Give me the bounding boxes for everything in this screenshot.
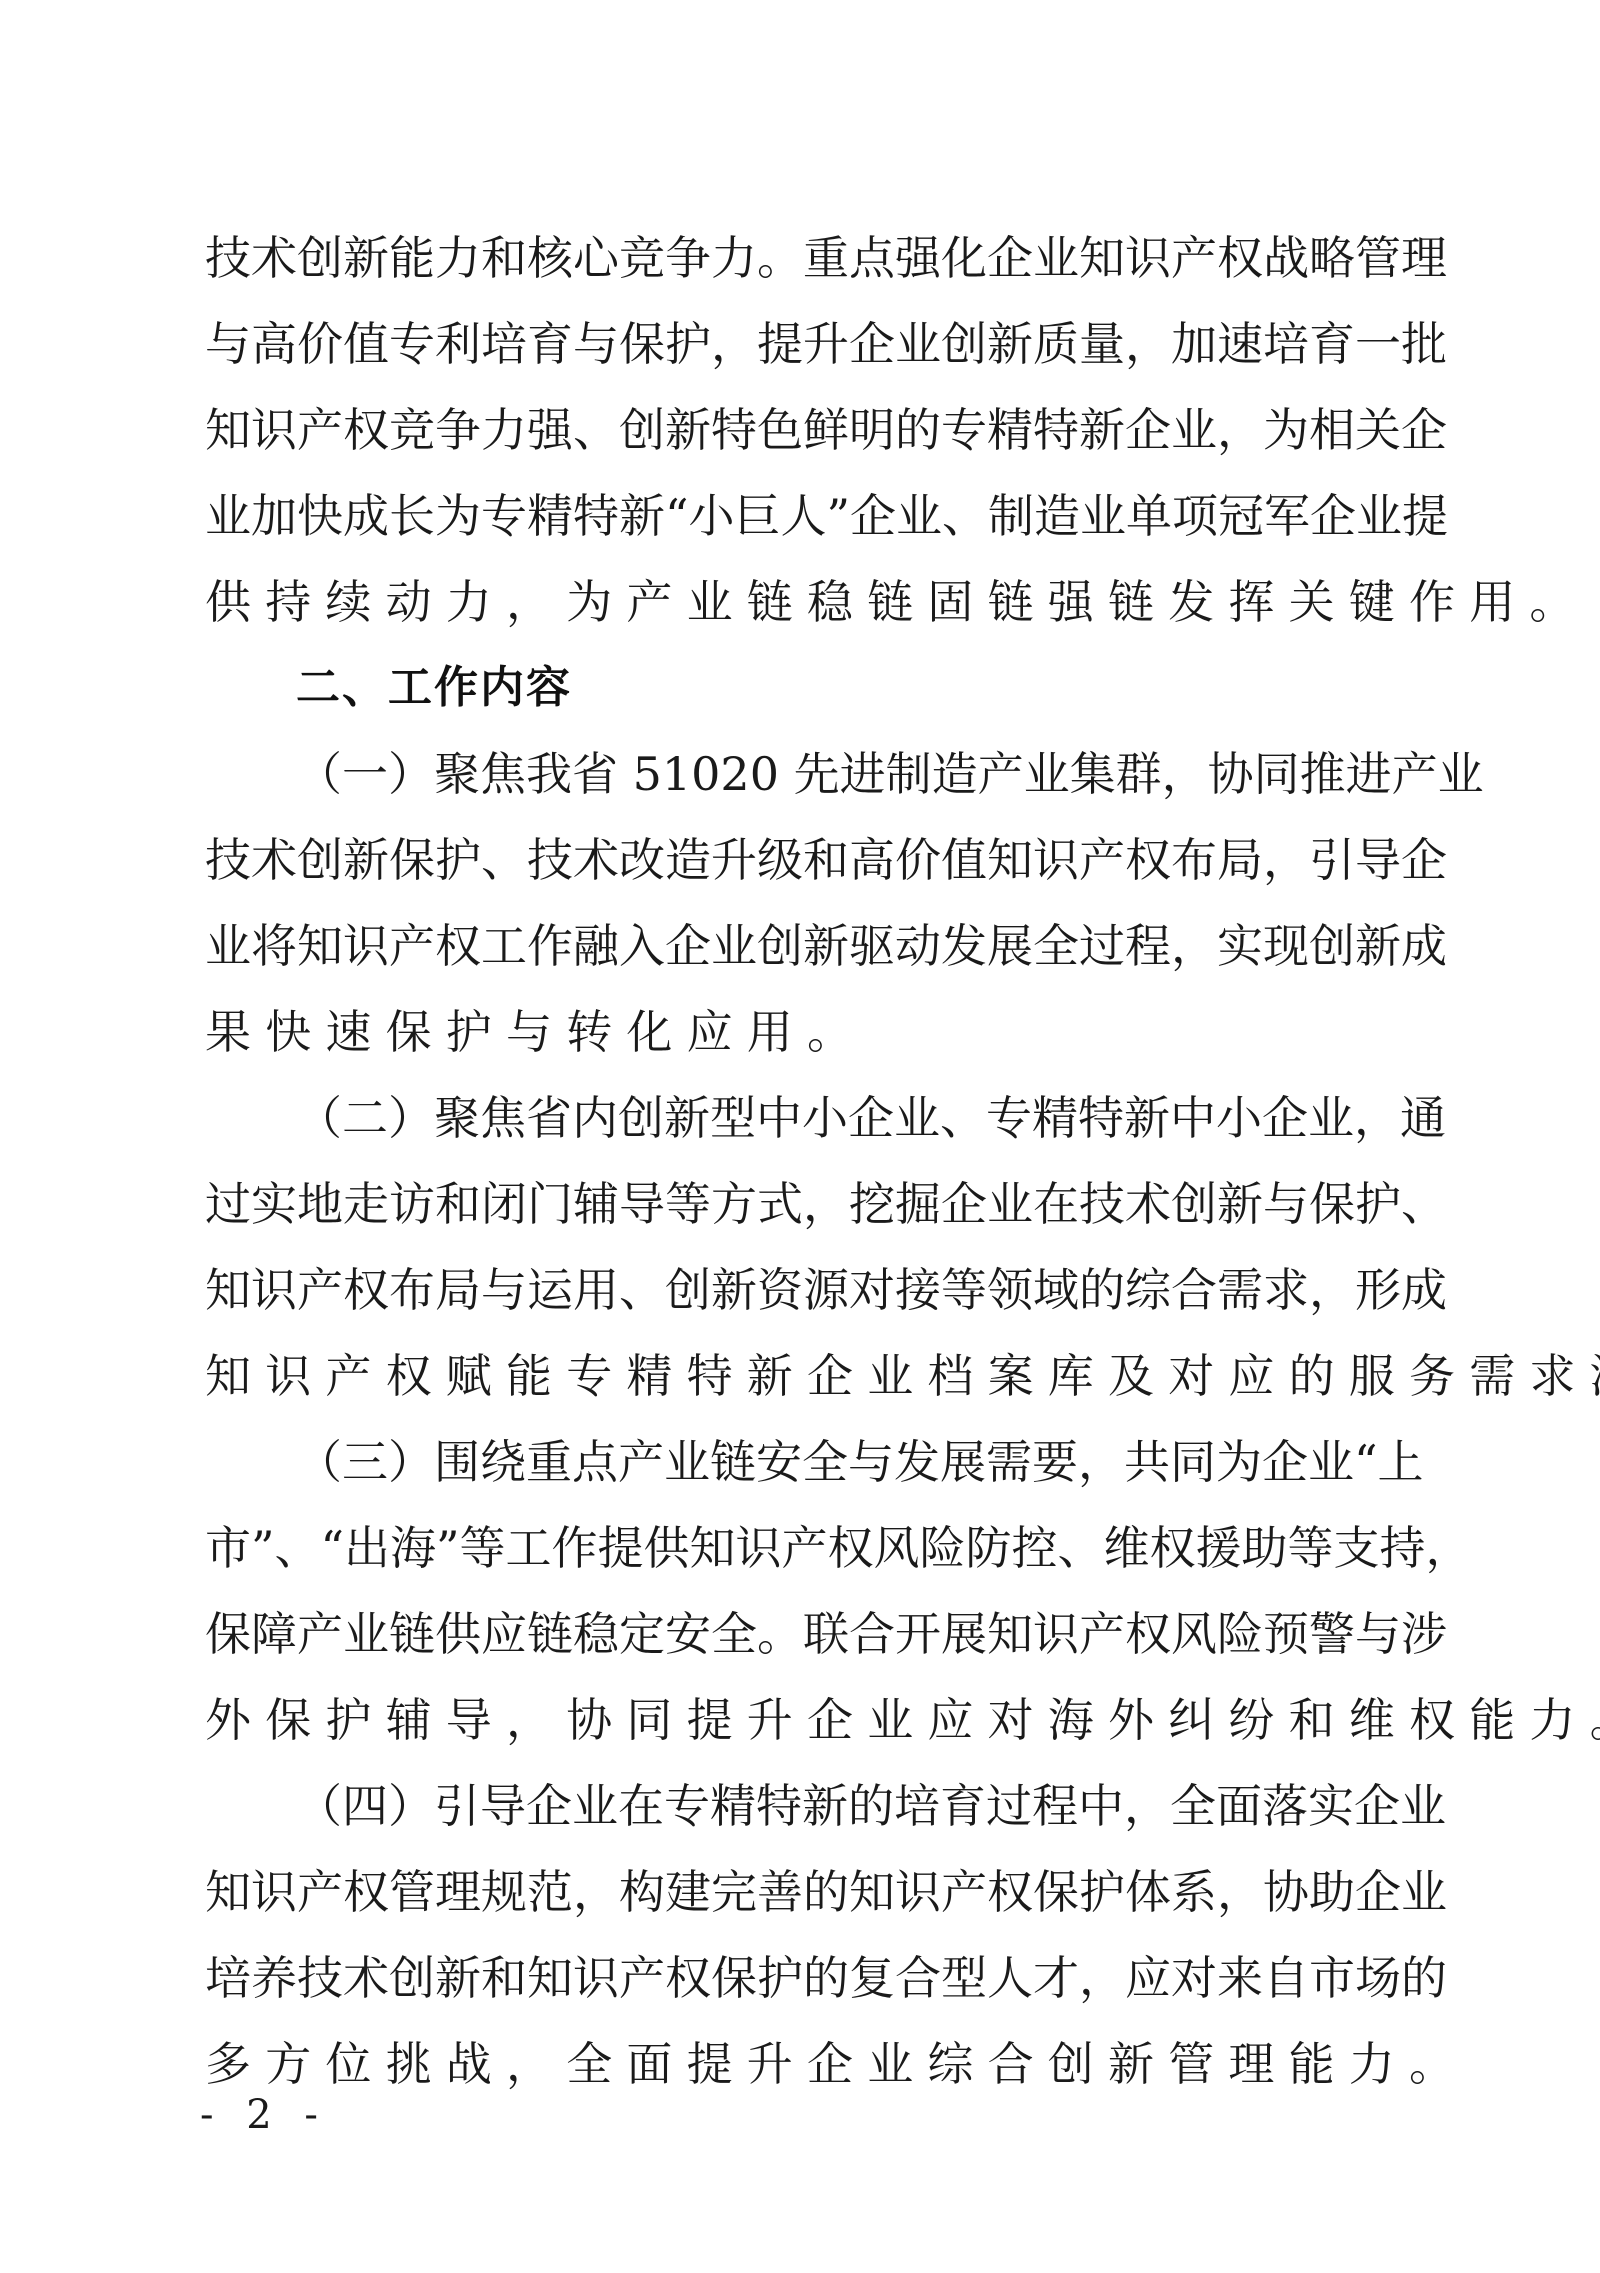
item-1-line-3: 业将知识产权工作融入企业创新驱动发展全过程，实现创新成 [205, 916, 1420, 976]
item-2-line-1: （二）聚焦省内创新型中小企业、专精特新中小企业，通 [296, 1088, 1420, 1148]
item-2-line-2: 过实地走访和闭门辅导等方式，挖掘企业在技术创新与保护、 [205, 1174, 1420, 1234]
page-number: - 2 - [200, 2090, 328, 2140]
item-3-line-2: 市”、“出海”等工作提供知识产权风险防控、维权援助等支持， [205, 1518, 1420, 1578]
document-page: 技术创新能力和核心竞争力。重点强化企业知识产权战略管理 与高价值专利培育与保护，… [0, 0, 1600, 2273]
item-3-line-3: 保障产业链供应链稳定安全。联合开展知识产权风险预警与涉 [205, 1604, 1420, 1664]
item-3-line-1: （三）围绕重点产业链安全与发展需要，共同为企业“上 [296, 1432, 1420, 1492]
intro-line-3: 知识产权竞争力强、创新特色鲜明的专精特新企业，为相关企 [205, 400, 1420, 460]
intro-line-5: 供持续动力，为产业链稳链固链强链发挥关键作用。 [205, 572, 1420, 632]
item-3-line-4: 外保护辅导，协同提升企业应对海外纠纷和维权能力。 [205, 1690, 1420, 1750]
item-1-line-2: 技术创新保护、技术改造升级和高价值知识产权布局，引导企 [205, 830, 1420, 890]
item-4-line-2: 知识产权管理规范，构建完善的知识产权保护体系，协助企业 [205, 1862, 1420, 1922]
item-1-line-1: （一）聚焦我省 51020 先进制造产业集群，协同推进产业 [296, 744, 1420, 804]
item-2-line-4: 知识产权赋能专精特新企业档案库及对应的服务需求清单。 [205, 1346, 1420, 1406]
intro-line-2: 与高价值专利培育与保护，提升企业创新质量，加速培育一批 [205, 314, 1420, 374]
section-heading: 二、工作内容 [296, 658, 572, 718]
item-4-line-4: 多方位挑战，全面提升企业综合创新管理能力。 [205, 2034, 1420, 2094]
item-2-line-3: 知识产权布局与运用、创新资源对接等领域的综合需求，形成 [205, 1260, 1420, 1320]
intro-line-4: 业加快成长为专精特新“小巨人”企业、制造业单项冠军企业提 [205, 486, 1420, 546]
intro-line-1: 技术创新能力和核心竞争力。重点强化企业知识产权战略管理 [205, 228, 1420, 288]
item-4-line-1: （四）引导企业在专精特新的培育过程中，全面落实企业 [296, 1776, 1420, 1836]
item-1-line-4: 果快速保护与转化应用。 [205, 1002, 1420, 1062]
item-4-line-3: 培养技术创新和知识产权保护的复合型人才，应对来自市场的 [205, 1948, 1420, 2008]
